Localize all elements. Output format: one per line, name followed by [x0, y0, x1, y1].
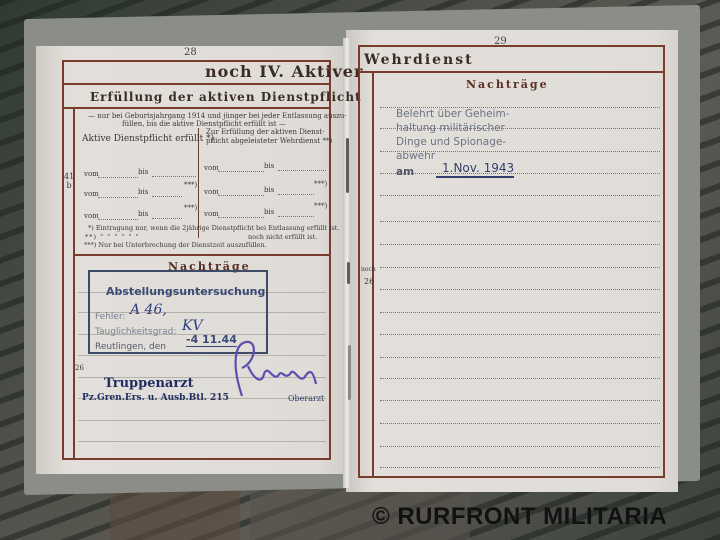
nachtraege-divider [73, 254, 331, 256]
vom-label: vom [204, 164, 219, 172]
section-title: Erfüllung der aktiven Dienstpflicht [90, 90, 362, 104]
secrecy-stamp-line-1: Belehrt über Geheim- [396, 107, 510, 121]
nachtraege-title-right: Nachträge [466, 78, 549, 91]
footnote-marker: ***) [314, 202, 327, 210]
footnote-1: *) Eintragung nur, wenn die 2jährige Die… [88, 224, 339, 232]
secrecy-stamp-line-2: haltung militärischer [396, 121, 505, 135]
entry-line[interactable] [380, 357, 660, 358]
date-field[interactable] [152, 176, 196, 177]
left-column-title: Aktive Dienstpflicht erfüllt *) [82, 134, 214, 144]
vom-label: vom [204, 188, 219, 196]
entry-line[interactable] [380, 400, 660, 401]
footnote-marker: ***) [184, 204, 197, 212]
margin-rule [73, 107, 75, 460]
tauglichkeit-label: Tauglichkeitsgrad: [95, 325, 176, 339]
fehler-label: Fehler: [95, 310, 126, 324]
staple [348, 345, 351, 400]
entry-line[interactable] [380, 289, 660, 290]
copyright-watermark: © RURFRONT MILITARIA [372, 503, 667, 531]
left-header-title: noch IV. Aktiver [205, 62, 363, 81]
date-field[interactable] [218, 171, 264, 172]
page-number-left: 28 [184, 47, 197, 58]
secrecy-stamp-date: 1.Nov. 1943 [436, 161, 514, 178]
ruled-line [78, 420, 326, 421]
unit-stamp: Pz.Gren.Ers. u. Ausb.Btl. 215 [82, 393, 229, 403]
section-divider [62, 107, 331, 109]
header-divider [62, 83, 331, 85]
entry-line[interactable] [380, 446, 660, 447]
truppenarzt-stamp: Truppenarzt [104, 376, 194, 391]
date-field[interactable] [278, 194, 314, 195]
side-label-noch: noch [361, 266, 376, 274]
bis-label: bis [264, 186, 274, 194]
footnote-3: ***) Nur bei Unterbrechung der Dienstzei… [84, 241, 267, 249]
bis-label: bis [264, 162, 274, 170]
staple [346, 138, 349, 193]
bis-label: bis [138, 188, 148, 196]
entry-line[interactable] [380, 267, 660, 268]
entry-line[interactable] [380, 244, 660, 245]
entry-line[interactable] [380, 334, 660, 335]
date-field[interactable] [152, 218, 182, 219]
header-divider [358, 71, 665, 73]
secrecy-stamp-line-4: abwehr [396, 149, 435, 163]
tauglichkeit-value: KV [182, 318, 203, 334]
bis-label: bis [138, 210, 148, 218]
intro-line-1: — nur bei Geburtsjahrgang 1914 und jünge… [88, 112, 347, 120]
date-field[interactable] [218, 217, 264, 218]
entry-line[interactable] [380, 423, 660, 424]
entry-line[interactable] [380, 312, 660, 313]
rank-stamp: Oberarzt [288, 394, 324, 403]
bis-label: bis [138, 168, 148, 176]
vom-label: vom [204, 210, 219, 218]
vom-label: vom [84, 212, 99, 220]
date-field[interactable] [98, 197, 138, 198]
footnote-2-text: noch nicht erfüllt ist. [248, 233, 317, 241]
right-column-title-1: Zur Erfüllung der aktiven Dienst- [206, 128, 324, 136]
date-field[interactable] [278, 216, 314, 217]
row-label: 41 b [64, 172, 74, 190]
footnote-2-ditto: **) " " " " " " [85, 233, 139, 241]
entry-line[interactable] [380, 173, 660, 174]
place-date-label: Reutlingen, den [95, 340, 166, 354]
am-label: am [396, 165, 414, 179]
fehler-value: A 46, [130, 302, 167, 318]
secrecy-stamp-line-3: Dinge und Spionage- [396, 135, 506, 149]
entry-line[interactable] [380, 378, 660, 379]
side-number-left: 26 [75, 364, 84, 372]
margin-rule [372, 71, 374, 478]
entry-line[interactable] [380, 467, 660, 468]
stamp-title: Abstellungsuntersuchung [106, 285, 265, 298]
date-field[interactable] [98, 219, 138, 220]
column-divider [198, 128, 199, 238]
entry-line[interactable] [380, 221, 660, 222]
footnote-marker: ***) [184, 181, 197, 189]
date-field[interactable] [152, 196, 182, 197]
right-column-title-2: pflicht abgeleisteter Wehrdienst **) [206, 137, 332, 145]
entry-line[interactable] [380, 195, 660, 196]
footnote-marker: ***) [314, 180, 327, 188]
ruled-line [78, 441, 326, 442]
intro-line-2: füllen, bis die aktive Dienstpflicht erf… [122, 120, 286, 128]
side-number-right: 26 [364, 278, 374, 286]
date-field[interactable] [278, 170, 326, 171]
date-field[interactable] [98, 177, 138, 178]
right-header-title: Wehrdienst [364, 52, 474, 68]
vom-label: vom [84, 190, 99, 198]
bis-label: bis [264, 208, 274, 216]
staple [347, 262, 350, 284]
vom-label: vom [84, 170, 99, 178]
date-field[interactable] [218, 195, 264, 196]
